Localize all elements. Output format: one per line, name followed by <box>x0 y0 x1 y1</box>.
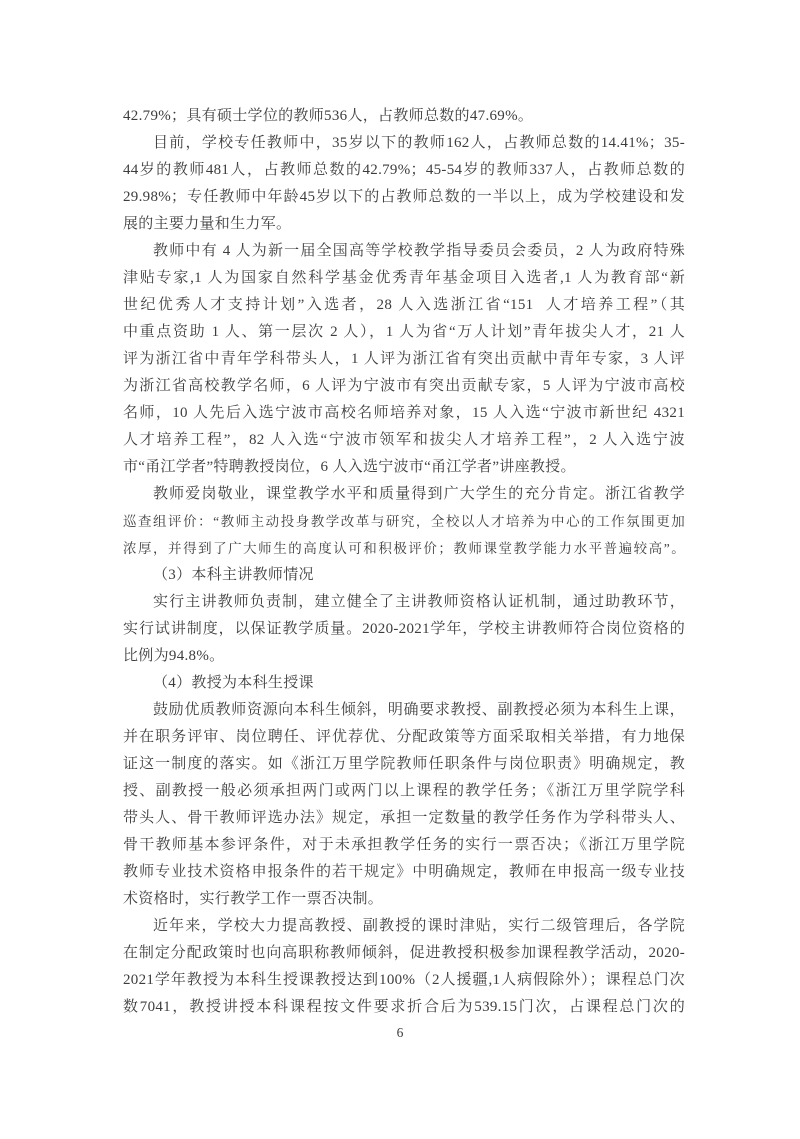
text-line: 教师中有 4 人为新一届全国高等学校教学指导委员会委员，2 人为政府特殊 <box>123 238 685 265</box>
text-line: 42.79%；具有硕士学位的教师536人，占教师总数的47.69%。 <box>123 103 685 130</box>
text-line: 2021学年教授为本科生授课教授达到100%（2人援疆,1人病假除外）；课程总门… <box>123 967 685 994</box>
text-line: 人才培养工程”，82 人入选“宁波市领军和拔尖人才培养工程”，2 人入选宁波 <box>123 427 685 454</box>
text-line: 巡查组评价：“教师主动投身教学改革与研究，全校以人才培养为中心的工作氛围更加 <box>123 508 685 535</box>
text-line: 并在职务评审、岗位聘任、评优荐优、分配政策等方面采取相关举措，有力地保 <box>123 724 685 751</box>
text-line: 中重点资助 1 人、第一层次 2 人），1 人为省“万人计划”青年拔尖人才，21… <box>123 319 685 346</box>
text-line: （4）教授为本科生授课 <box>123 670 685 697</box>
text-line: （3）本科主讲教师情况 <box>123 562 685 589</box>
text-line: 带头人、骨干教师评选办法》规定，承担一定数量的教学任务作为学科带头人、 <box>123 805 685 832</box>
text-line: 术资格时，实行教学工作一票否决制。 <box>123 886 685 913</box>
text-line: 鼓励优质教师资源向本科生倾斜，明确要求教授、副教授必须为本科生上课， <box>123 697 685 724</box>
text-line: 29.98%；专任教师中年龄45岁以下的占教师总数的一半以上，成为学校建设和发 <box>123 184 685 211</box>
text-line: 浓厚，并得到了广大师生的高度认可和积极评价；教师课堂教学能力水平普遍较高”。 <box>123 535 685 562</box>
text-line: 教师爱岗敬业，课堂教学水平和质量得到广大学生的充分肯定。浙江省教学 <box>123 481 685 508</box>
page-number: 6 <box>0 1025 800 1041</box>
text-line: 世纪优秀人才支持计划”入选者，28 人入选浙江省“151 人才培养工程”（其 <box>123 292 685 319</box>
text-line: 数7041，教授讲授本科课程按文件要求折合后为539.15门次，占课程总门次的 <box>123 994 685 1021</box>
text-line: 名师，10 人先后入选宁波市高校名师培养对象，15 人入选“宁波市新世纪 432… <box>123 400 685 427</box>
text-line: 授、副教授一般必须承担两门或两门以上课程的教学任务；《浙江万里学院学科 <box>123 778 685 805</box>
text-line: 近年来，学校大力提高教授、副教授的课时津贴，实行二级管理后，各学院 <box>123 913 685 940</box>
text-line: 展的主要力量和生力军。 <box>123 211 685 238</box>
text-line: 市“甬江学者”特聘教授岗位，6 人入选宁波市“甬江学者”讲座教授。 <box>123 454 685 481</box>
text-line: 实行主讲教师负责制，建立健全了主讲教师资格认证机制，通过助教环节， <box>123 589 685 616</box>
text-line: 评为浙江省中青年学科带头人，1 人评为浙江省有突出贡献中青年专家，3 人评 <box>123 346 685 373</box>
text-line: 在制定分配政策时也向高职称教师倾斜，促进教授积极参加课程教学活动，2020- <box>123 940 685 967</box>
text-line: 目前，学校专任教师中，35岁以下的教师162人，占教师总数的14.41%；35- <box>123 130 685 157</box>
text-line: 为浙江省高校教学名师，6 人评为宁波市有突出贡献专家，5 人评为宁波市高校 <box>123 373 685 400</box>
text-line: 比例为94.8%。 <box>123 643 685 670</box>
text-line: 证这一制度的落实。如《浙江万里学院教师任职条件与岗位职责》明确规定，教 <box>123 751 685 778</box>
text-line: 教师专业技术资格申报条件的若干规定》中明确规定，教师在申报高一级专业技 <box>123 859 685 886</box>
text-line: 实行试讲制度，以保证教学质量。2020-2021学年，学校主讲教师符合岗位资格的 <box>123 616 685 643</box>
text-line: 44岁的教师481人，占教师总数的42.79%；45-54岁的教师337人，占教… <box>123 157 685 184</box>
text-line: 骨干教师基本参评条件，对于未承担教学任务的实行一票否决；《浙江万里学院 <box>123 832 685 859</box>
document-page: 42.79%；具有硕士学位的教师536人，占教师总数的47.69%。目前，学校专… <box>0 0 800 1139</box>
document-body: 42.79%；具有硕士学位的教师536人，占教师总数的47.69%。目前，学校专… <box>123 103 685 1021</box>
text-line: 津贴专家,1 人为国家自然科学基金优秀青年基金项目入选者,1 人为教育部“新 <box>123 265 685 292</box>
